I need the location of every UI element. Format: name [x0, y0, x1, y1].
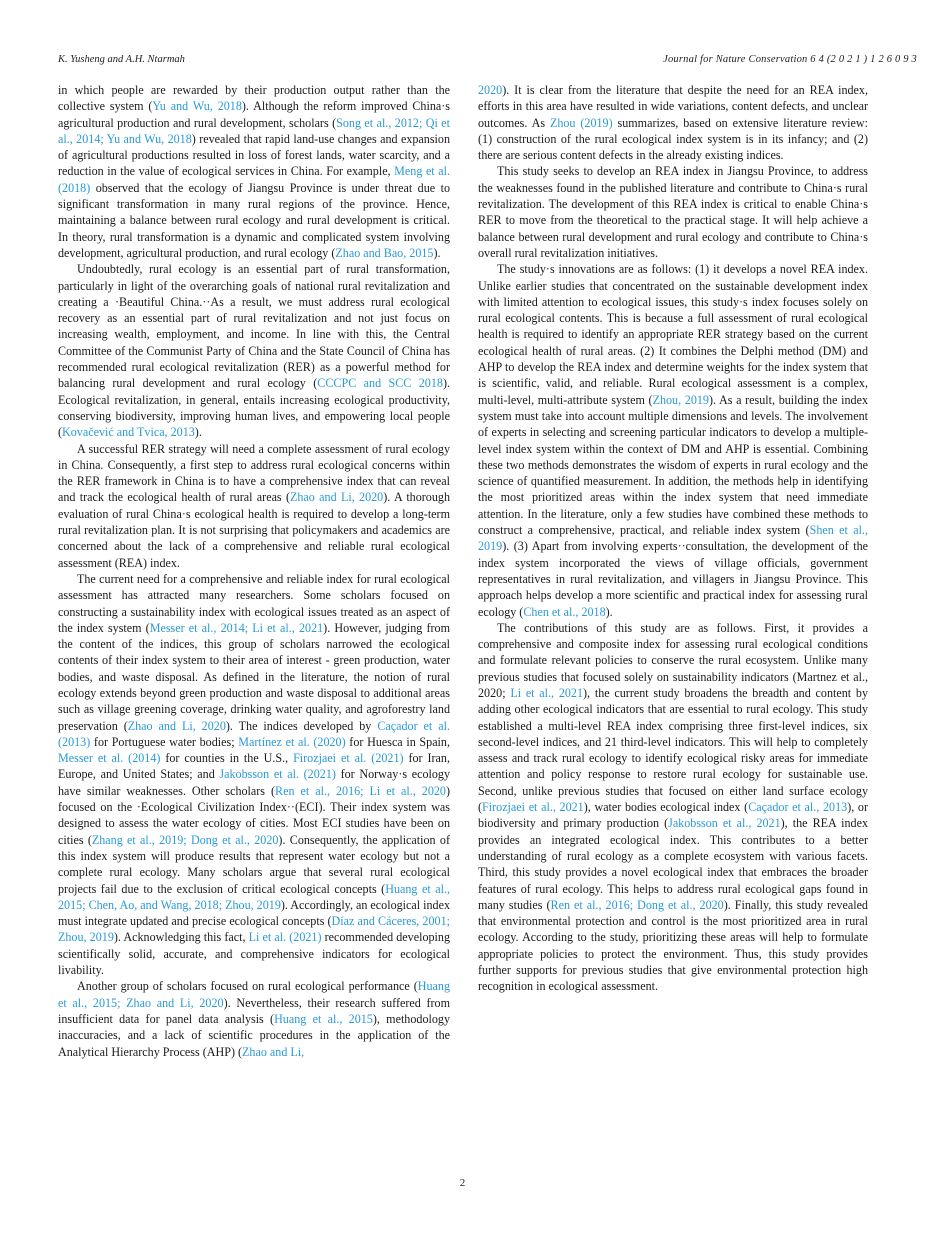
- citation-link[interactable]: Caçador et al., 2013: [748, 800, 847, 814]
- citation-link[interactable]: Zhao and Li, 2020: [128, 719, 226, 733]
- citation-link[interactable]: Zhang et al., 2019; Dong et al., 2020: [92, 833, 279, 847]
- citation-link[interactable]: Martínez et al. (2020): [238, 735, 345, 749]
- paragraph: The current need for a comprehensive and…: [58, 571, 450, 978]
- running-header-authors: K. Yusheng and A.H. Ntarmah: [58, 54, 185, 65]
- left-column: in which people are rewarded by their pr…: [58, 82, 450, 1060]
- body-text: for Portuguese water bodies;: [90, 735, 238, 749]
- citation-link[interactable]: Zhou (2019): [550, 116, 613, 130]
- body-text: for counties in the U.S.,: [160, 751, 293, 765]
- paragraph: 2020). It is clear from the literature t…: [478, 82, 868, 163]
- body-text: ). Finally, this study revealed that env…: [478, 898, 868, 993]
- citation-link[interactable]: Zhao and Li, 2020: [290, 490, 383, 504]
- body-text: ), water bodies ecological index (: [584, 800, 748, 814]
- right-column: 2020). It is clear from the literature t…: [478, 82, 868, 995]
- paragraph: in which people are rewarded by their pr…: [58, 82, 450, 261]
- citation-link[interactable]: 2020: [478, 83, 502, 97]
- citation-link[interactable]: Li et al., 2021: [510, 686, 583, 700]
- page-number: 2: [0, 1177, 925, 1189]
- paragraph: The contributions of this study are as f…: [478, 620, 868, 995]
- citation-link[interactable]: Ren et al., 2016; Li et al., 2020: [275, 784, 446, 798]
- citation-link[interactable]: Yu and Wu, 2018: [152, 99, 242, 113]
- running-header-journal: Journal for Nature Conservation 6 4 (2 0…: [663, 54, 917, 65]
- body-text: ). However, judging from the content of …: [58, 621, 450, 733]
- body-text: ).: [606, 605, 613, 619]
- citation-link[interactable]: Li et al. (2021): [249, 930, 322, 944]
- body-text: Another group of scholars focused on rur…: [77, 979, 418, 993]
- citation-link[interactable]: Zhou, 2019: [653, 393, 709, 407]
- body-text: ). Acknowledging this fact,: [114, 930, 249, 944]
- body-text: Undoubtedly, rural ecology is an essenti…: [58, 262, 450, 390]
- citation-link[interactable]: CCCPC and SCC 2018: [317, 376, 443, 390]
- citation-link[interactable]: Ren et al., 2016; Dong et al., 2020: [551, 898, 724, 912]
- citation-link[interactable]: Zhao and Li,: [242, 1045, 304, 1059]
- body-text: The study·s innovations are as follows: …: [478, 262, 868, 406]
- paragraph: A successful RER strategy will need a co…: [58, 441, 450, 571]
- citation-link[interactable]: Messer et al. (2014): [58, 751, 160, 765]
- paragraph: The study·s innovations are as follows: …: [478, 261, 868, 620]
- citation-link[interactable]: Firozjaei et al., 2021: [482, 800, 584, 814]
- citation-link[interactable]: Jakobsson et al. (2021): [219, 767, 335, 781]
- body-text: ). The indices developed by: [226, 719, 377, 733]
- paragraph: This study seeks to develop an REA index…: [478, 163, 868, 261]
- citation-link[interactable]: Firozjaei et al. (2021): [293, 751, 403, 765]
- body-text: ).: [195, 425, 202, 439]
- body-text: This study seeks to develop an REA index…: [478, 164, 868, 259]
- body-text: for Huesca in Spain,: [346, 735, 450, 749]
- paragraph: Another group of scholars focused on rur…: [58, 978, 450, 1059]
- citation-link[interactable]: Kovačević and Tvica, 2013: [62, 425, 195, 439]
- body-text: ). As a result, building the index syste…: [478, 393, 868, 537]
- paragraph: Undoubtedly, rural ecology is an essenti…: [58, 261, 450, 440]
- body-text: ), the current study broadens the breadt…: [478, 686, 868, 814]
- body-text: ).: [433, 246, 440, 260]
- citation-link[interactable]: Jakobsson et al., 2021: [668, 816, 781, 830]
- citation-link[interactable]: Chen et al., 2018: [523, 605, 605, 619]
- citation-link[interactable]: Zhao and Bao, 2015: [335, 246, 433, 260]
- citation-link[interactable]: Messer et al., 2014; Li et al., 2021: [150, 621, 323, 635]
- citation-link[interactable]: Huang et al., 2015: [274, 1012, 373, 1026]
